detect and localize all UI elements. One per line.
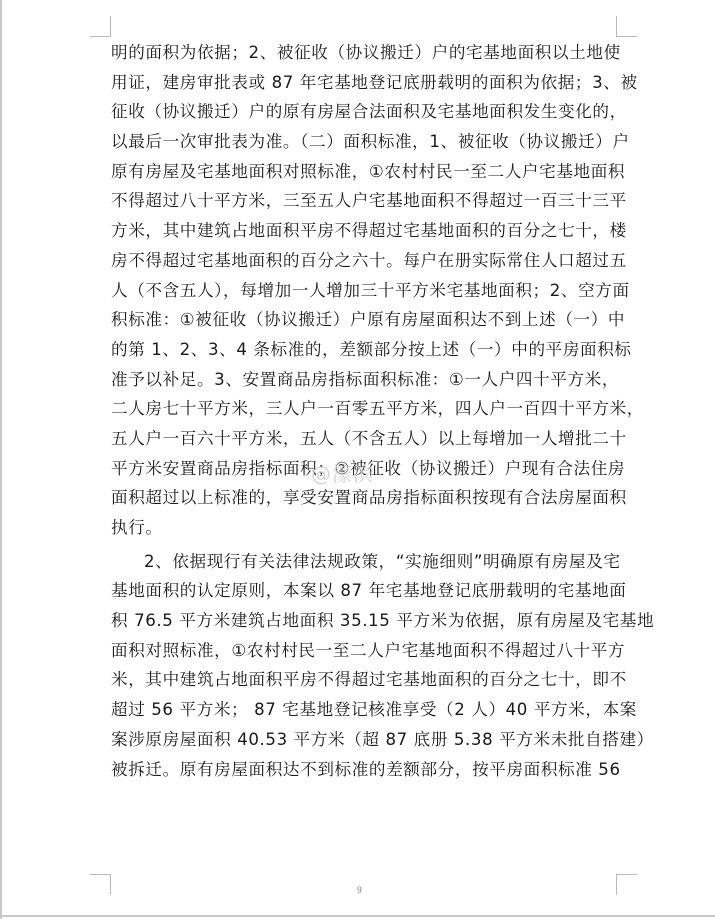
text-line: 面积对照标准，①农村村民一至二人户宅基地面积不得超过八十平方 (111, 636, 616, 666)
text-line: 案涉原房屋面积 40.53 平方米（超 87 底册 5.38 平方米未批自搭建） (111, 725, 616, 755)
crop-mark-top-right (616, 16, 637, 37)
document-body: 明的面积为依据；2、被征收（协议搬迁）户的宅基地面积以土地使 用证，建房审批表或… (111, 38, 616, 784)
text-line: 方米，其中建筑占地面积平房不得超过宅基地面积的百分之七十，楼 (111, 216, 616, 246)
text-line: 征收（协议搬迁）户的原有房屋合法面积及宅基地面积发生变化的， (111, 97, 616, 127)
text-line: 五人户一百六十平方米，五人（不含五人）以上每增加一人增批二十 (111, 424, 616, 454)
text-line: 不得超过八十平方米，三至五人户宅基地面积不得超过一百三十三平 (111, 186, 616, 216)
text-line: 的第 1、2、3、4 条标准的，差额部分按上述（一）中的平房面积标 (111, 335, 616, 365)
crop-mark-top-left (90, 16, 111, 37)
text-line: 用证，建房审批表或 87 年宅基地登记底册载明的面积为依据；3、被 (111, 68, 616, 98)
text-line: 原有房屋及宅基地面积对照标准，①农村村民一至二人户宅基地面积 (111, 157, 616, 187)
text-line: 平方米安置商品房指标面积；②被征收（协议搬迁）户现有合法住房 (111, 454, 616, 484)
page-number: 9 (2, 885, 715, 895)
text-line: 人（不含五人），每增加一人增加三十平方米宅基地面积；2、空方面 (111, 276, 616, 306)
page-bottom-edge (2, 915, 715, 917)
text-line: 以最后一次审批表为准。（二）面积标准，1、被征收（协议搬迁）户 (111, 127, 616, 157)
text-line: 积 76.5 平方米建筑占地面积 35.15 平方米为依据，原有房屋及宅基地 (111, 606, 616, 636)
text-line: 2、依据现行有关法律法规政策，“实施细则”明确原有房屋及宅 (111, 547, 616, 577)
text-line: 积标准：①被征收（协议搬迁）户原有房屋面积达不到上述（一）中 (111, 305, 616, 335)
text-line: 面积超过以上标准的，享受安置商品房指标面积按现有合法房屋面积 (111, 483, 616, 513)
text-line: 基地面积的认定原则，本案以 87 年宅基地登记底册载明的宅基地面 (111, 576, 616, 606)
paragraph-2: 2、依据现行有关法律法规政策，“实施细则”明确原有房屋及宅 基地面积的认定原则，… (111, 547, 616, 785)
text-line: 米，其中建筑占地面积平房不得超过宅基地面积的百分之七十，即不 (111, 665, 616, 695)
text-line: 明的面积为依据；2、被征收（协议搬迁）户的宅基地面积以土地使 (111, 38, 616, 68)
text-line: 超过 56 平方米； 87 宅基地登记核准享受（2 人）40 平方米，本案 (111, 695, 616, 725)
text-line: 被拆迁。原有房屋面积达不到标准的差额部分，按平房面积标准 56 (111, 755, 616, 785)
text-line: 房不得超过宅基地面积的百分之六十。每户在册实际常住人口超过五 (111, 246, 616, 276)
text-line: 执行。 (111, 513, 616, 543)
paragraph-1: 明的面积为依据；2、被征收（协议搬迁）户的宅基地面积以土地使 用证，建房审批表或… (111, 38, 616, 543)
document-page: 明的面积为依据；2、被征收（协议搬迁）户的宅基地面积以土地使 用证，建房审批表或… (0, 0, 715, 919)
text-line: 二人房七十平方米，三人户一百零五平方米，四人户一百四十平方米， (111, 394, 616, 424)
text-line: 准予以补足。3、安置商品房指标面积标准：①一人户四十平方米， (111, 365, 616, 395)
